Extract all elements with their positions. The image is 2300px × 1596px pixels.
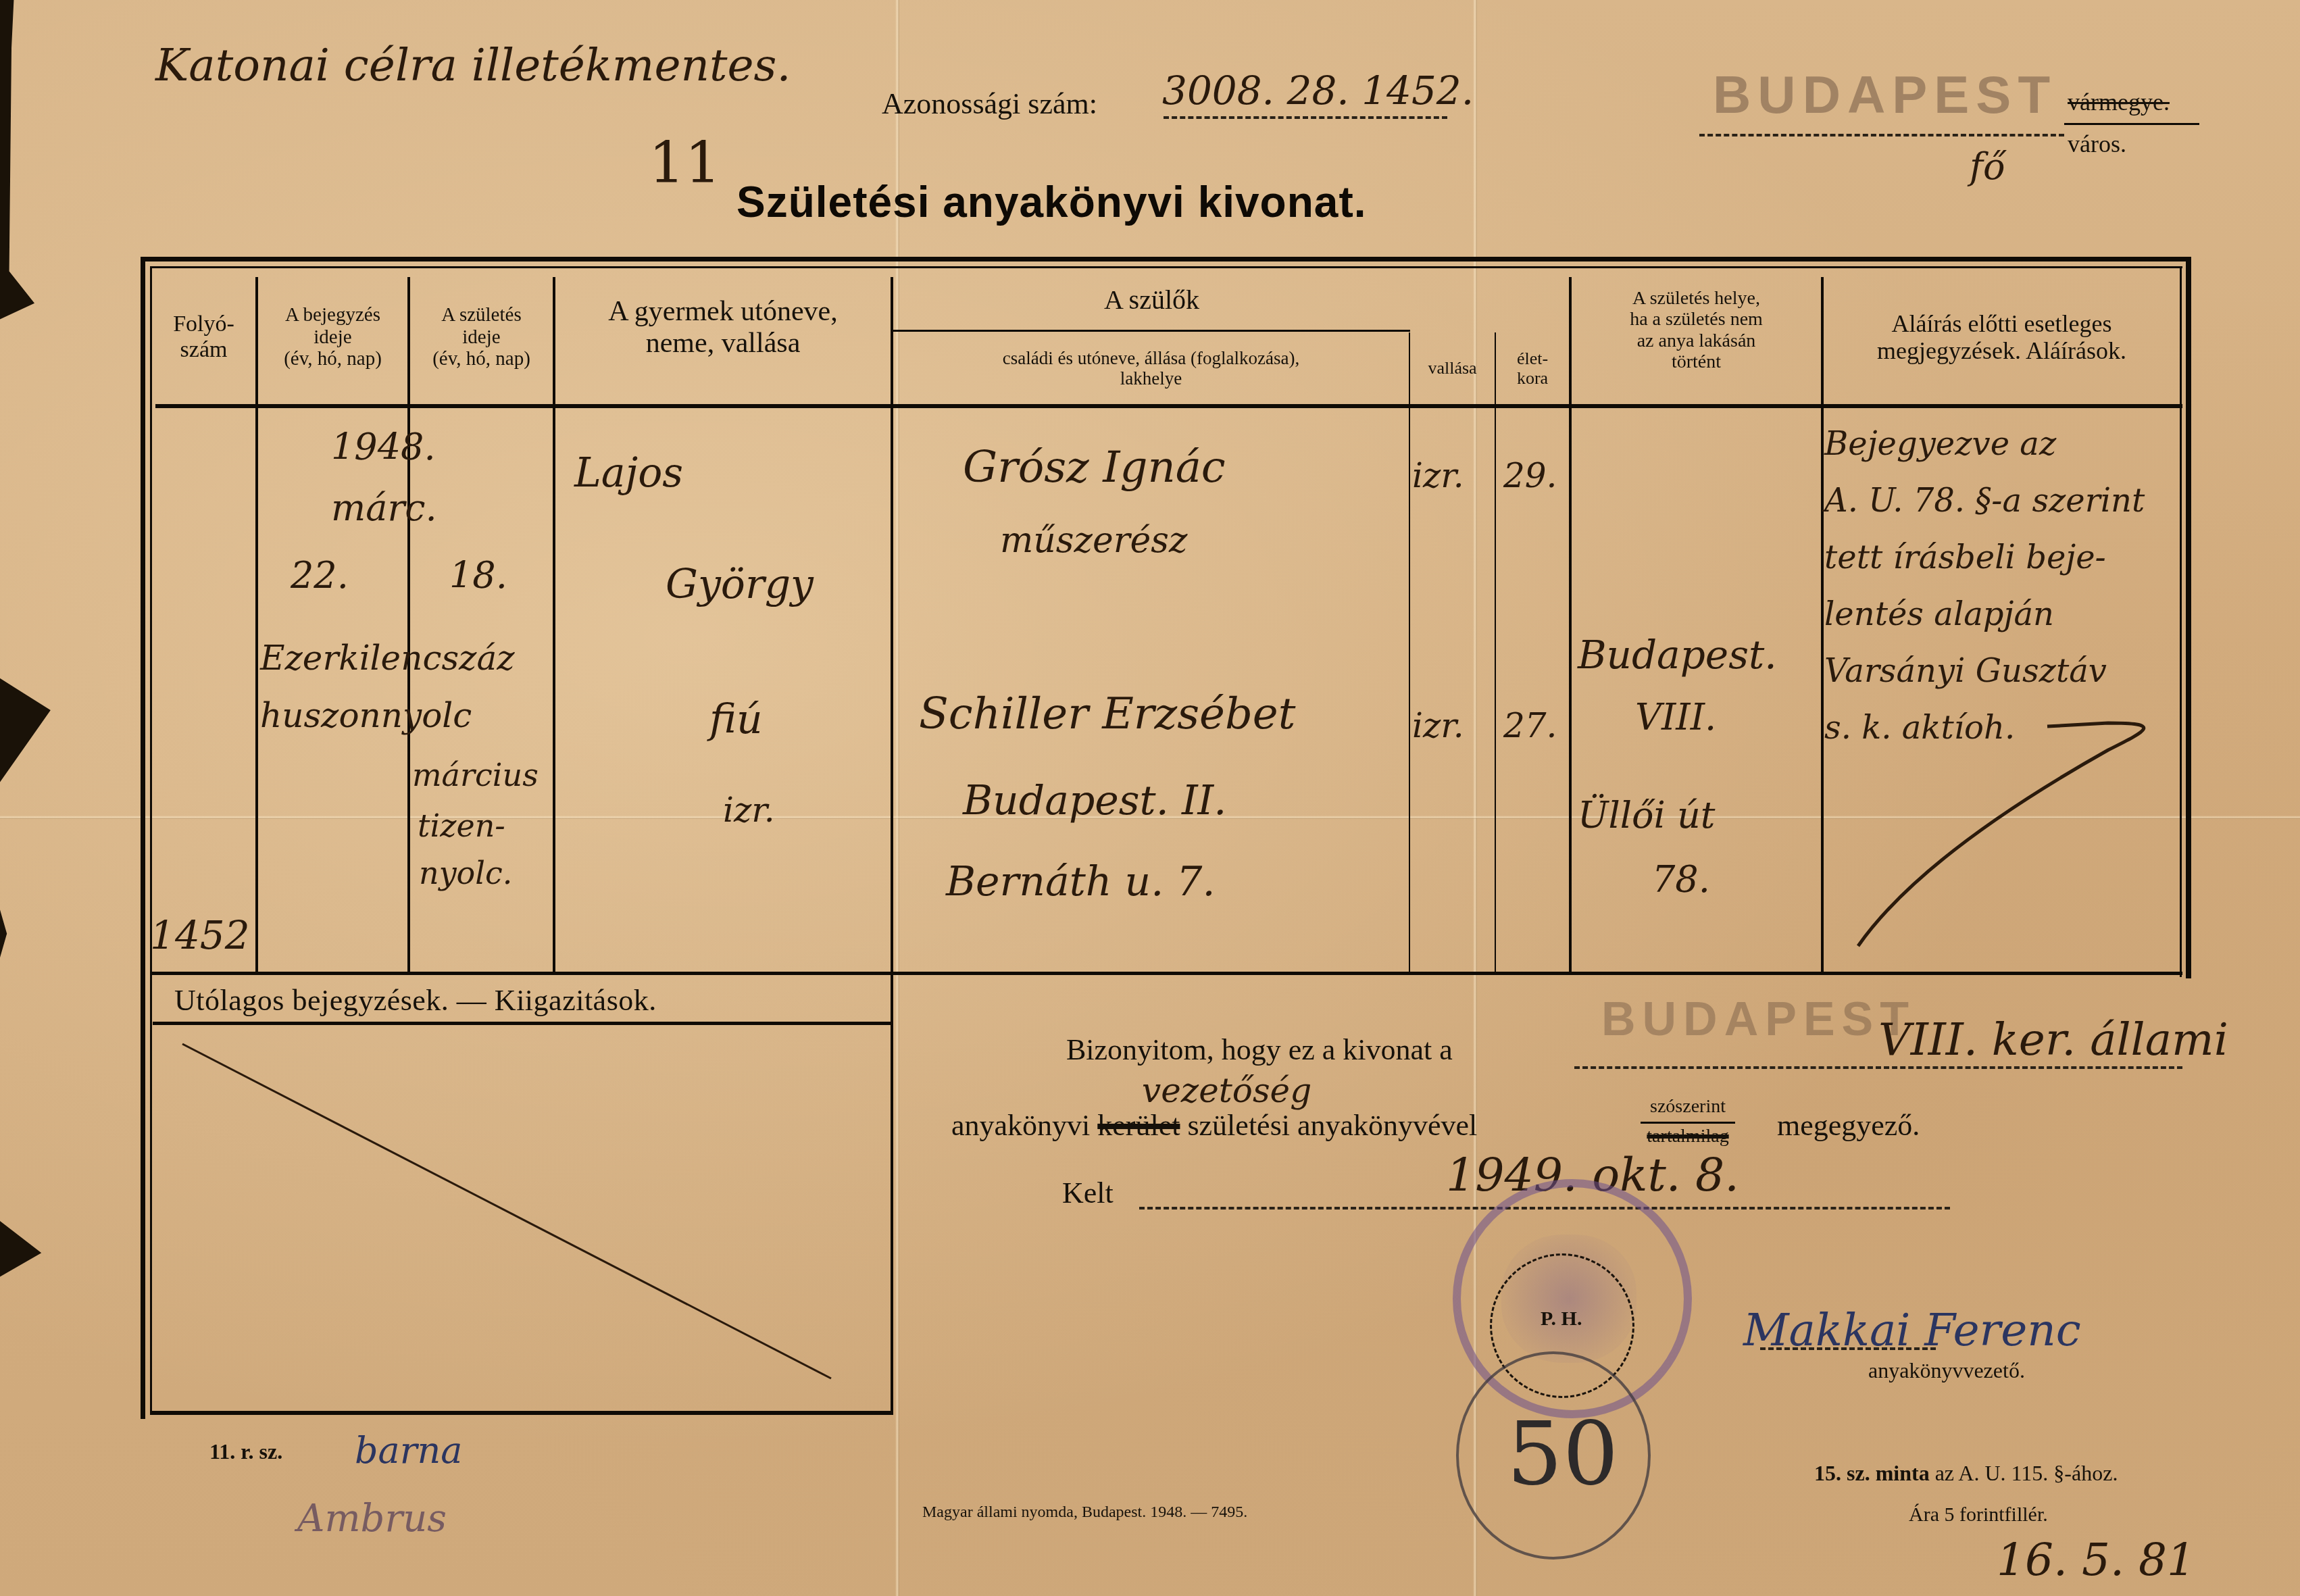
cell-child-religion: izr. [723,791,775,830]
cell-mother-name: Schiller Erzsébet [919,689,1295,739]
document-title: Születési anyakönyvi kivonat. [736,177,1366,227]
id-label: Azonossági szám: [882,86,1097,121]
circled-number: 50 [1507,1402,1618,1505]
cell-father-occupation: műszerész [1000,520,1187,561]
cell-birthplace-1: Budapest. [1578,632,1777,678]
signature-dotted [1760,1347,1936,1350]
form-ref-left-handwritten: barna [355,1429,463,1472]
cell-birth-year-words-1: Ezerkilencszáz [260,639,515,678]
remarks-signature-stroke [1824,676,2179,959]
cell-residence-2: Bernáth u. 7. [946,858,1216,905]
id-value: 3008. 28. 1452. [1162,68,1474,114]
remarks-line: lentés alapján [1824,586,2179,643]
cert-option-divider [1641,1122,1735,1124]
printer-imprint: Magyar állami nyomda, Budapest. 1948. — … [922,1503,1247,1522]
form-ref-right: 15. sz. minta az A. U. 115. §-ához. [1814,1461,2118,1486]
cell-serial: 1452 [150,912,250,958]
signature-label: anyakönyvvezető. [1868,1358,2025,1383]
parents-subheader-line [893,330,1410,332]
header-birth-date: A születés ideje (év, hó, nap) [410,270,553,404]
remarks-line: Bejegyezve az [1824,416,2179,472]
left-scribble: Ambrus [297,1497,447,1541]
col-divider-thin [1409,332,1410,973]
cell-birth-day-words-1: tizen- [418,807,505,844]
header-serial: Folyó- szám [152,270,255,404]
city-initial: fő [1970,145,2005,188]
cell-birthplace-2: VIII. [1635,696,1716,739]
table-right-border [2186,257,2191,978]
cell-mother-religion: izr. [1412,706,1464,745]
cert-line2: anyakönyvi kerület születési anyakönyvév… [951,1108,1477,1143]
cell-child-name-2: György [666,561,814,608]
cert-line2-inserted: vezetőség [1142,1071,1311,1110]
page-mark: 11 [649,130,721,196]
cell-residence-1: Budapest. II. [963,777,1226,824]
cert-line1-prefix: Bizonyitom, hogy ez a kivonat a [1066,1032,1453,1067]
price-label: Ára 5 forintfillér. [1909,1503,2048,1526]
table-top-inner-border [152,266,2182,268]
fold-crease [895,0,899,1596]
form-ref-right-text: az A. U. 115. §-ához. [1935,1461,2118,1485]
document-paper: Katonai célra illetékmentes. Azonossági … [0,0,2300,1596]
later-entries-header: Utólagos bejegyzések. — Kiigazitások. [174,983,657,1018]
table-left-border [141,257,145,1419]
header-remarks: Aláírás előtti esetleges megjegyzések. A… [1824,270,2180,404]
cell-child-sex: fiú [709,696,763,743]
cell-registration-month: márc. [331,487,437,529]
cell-father-age: 29. [1503,456,1557,495]
header-parents-group: A szülők [893,270,1410,330]
data-bottom-border [152,972,2182,975]
cert-line2-text-b: születési anyakönyvével [1187,1109,1477,1142]
form-ref-left: 11. r. sz. [209,1439,282,1464]
cert-line1-dotted [1574,1066,2182,1069]
col-divider-thin [1495,332,1496,973]
header-bottom-border [155,404,2182,408]
table-top-border [143,257,2191,261]
footer-date-handwritten: 16. 5. 81 [1997,1534,2195,1586]
cert-line2-struck: kerület [1097,1109,1180,1142]
ph-label: P. H. [1541,1307,1582,1330]
cert-option-top: szószerint [1641,1096,1735,1118]
id-dotted-line [1164,116,1447,119]
cert-option-bottom-struck: tartalmilag [1641,1126,1735,1147]
cell-child-name-1: Lajos [574,449,683,497]
cell-birthplace-3: Üllői út [1578,794,1715,837]
header-parents-age: élet- kora [1496,332,1569,404]
cert-line2-suffix: megegyező. [1777,1108,1920,1143]
kelt-label: Kelt [1062,1176,1114,1210]
form-ref-right-bold: 15. sz. minta [1814,1461,1930,1485]
header-parents-religion: vallása [1410,332,1495,404]
table-right-inner-border [2180,266,2182,977]
cell-father-religion: izr. [1412,456,1464,495]
county-underline [2064,123,2199,125]
cert-line2-text-a: anyakönyvi [951,1109,1090,1142]
county-label-struck: vármegye. [2068,88,2170,116]
remarks-line: tett írásbeli beje- [1824,529,2179,586]
budapest-stamp: BUDAPEST [1713,64,2057,126]
cell-mother-age: 27. [1503,706,1557,745]
cell-birth-year-words-2: huszonnyolc [260,696,472,735]
cert-line1-handwritten: VIII. ker. állami [1878,1014,2228,1066]
city-dotted-line [1699,134,2064,136]
header-birthplace: A születés helye, ha a születés nem az a… [1572,270,1821,404]
top-handwritten-note: Katonai célra illetékmentes. [155,39,791,91]
budapest-stamp-faded: BUDAPEST [1601,992,1916,1046]
city-label: város. [2068,130,2126,158]
remarks-line: A. U. 78. §-a szerint [1824,472,2179,529]
cell-birth-day-words-2: nyolc. [419,855,512,891]
cell-registration-day: 22. [291,554,349,597]
cell-father-name: Grósz Ignác [963,443,1226,493]
header-child: A gyermek utóneve, neme, vallása [555,270,891,385]
cell-registration-year: 1948. [331,426,436,468]
header-parents-name: családi és utóneve, állása (foglalkozása… [893,332,1409,404]
cell-birth-day: 18. [449,554,507,597]
cell-birth-month-words: március [412,757,539,793]
later-entries-header-line [153,1022,891,1025]
header-registration-date: A bejegyzés ideje (év, hó, nap) [258,270,407,404]
cell-birthplace-4: 78. [1652,858,1710,901]
later-entries-cancel-line [149,1027,892,1412]
